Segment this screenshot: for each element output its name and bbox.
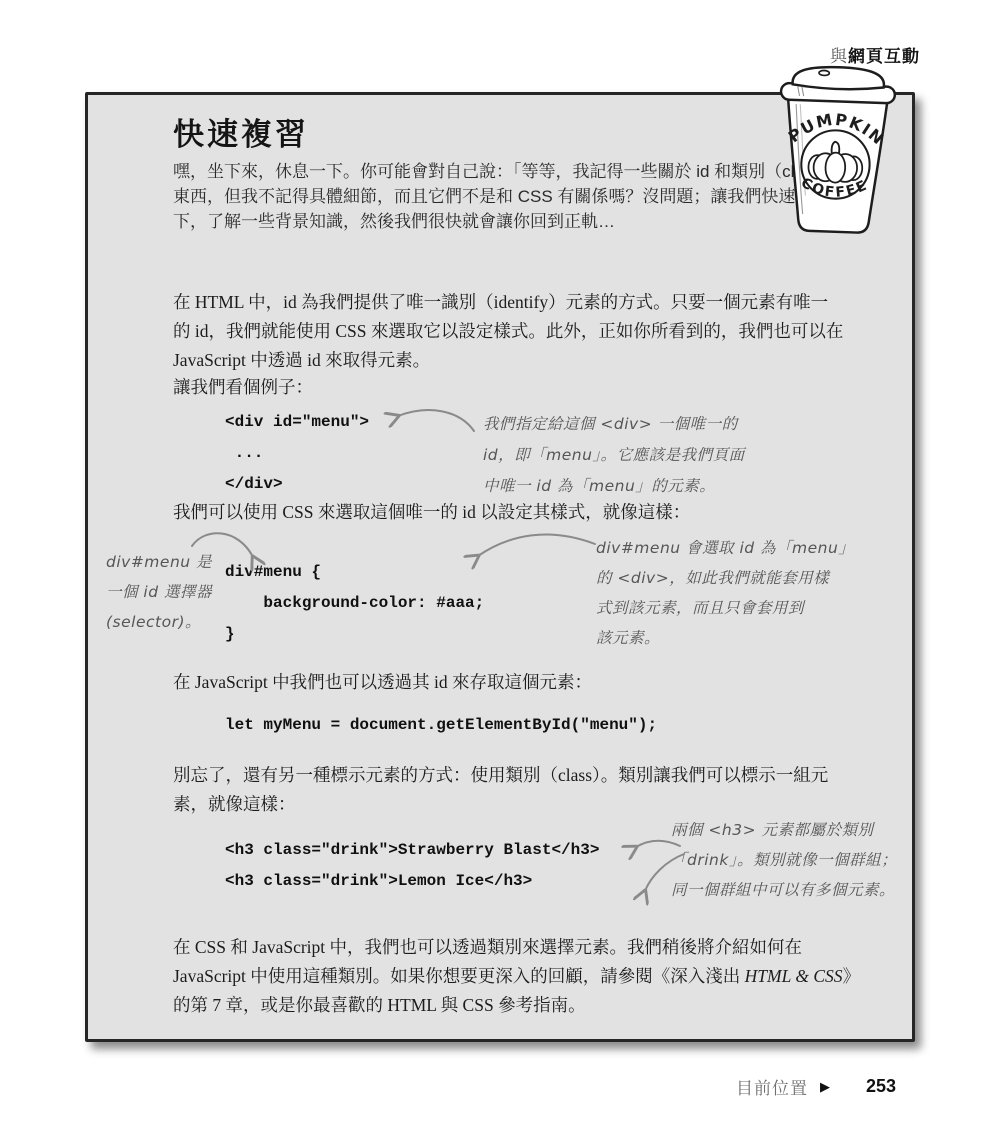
closing-book-title: HTML & CSS xyxy=(745,966,843,986)
code-block-js: let myMenu = document.getElementById("me… xyxy=(225,710,657,741)
code-line: <h3 class="drink">Strawberry Blast</h3> xyxy=(225,835,599,866)
annotation-line: div#menu 會選取 id 為「menu」 xyxy=(596,533,854,563)
js-lead-text: 在 JavaScript 中我們也可以透過其 id 來存取這個元素： xyxy=(173,668,845,697)
closing-paragraph: 在 CSS 和 JavaScript 中，我們也可以透過類別來選擇元素。我們稍後… xyxy=(173,933,858,1020)
annotation-line: 同一個群組中可以有多個元素。 xyxy=(671,875,897,905)
annotation-line: 「drink」。類別就像一個群組； xyxy=(671,845,897,875)
code-line: ... xyxy=(225,438,369,469)
arrow-to-css-code-right xyxy=(478,535,595,556)
code-line: let myMenu = document.getElementById("me… xyxy=(225,710,657,741)
code-block-html-div: <div id="menu"> ... </div> xyxy=(225,407,369,500)
annotation-line: 該元素。 xyxy=(596,623,854,653)
code-line: background-color: #aaa; xyxy=(225,588,484,619)
annotation-line: 一個 id 選擇器 xyxy=(106,577,212,607)
pumpkin-coffee-cup: PUMPKIN COFFEE xyxy=(765,58,907,241)
code-block-css: div#menu { background-color: #aaa; } xyxy=(225,557,484,650)
annotation-line: 兩個 <h3> 元素都屬於類別 xyxy=(671,815,897,845)
footer-page-number: 253 xyxy=(866,1076,896,1097)
annotation-line: 我們指定給這個 <div> 一個唯一的 xyxy=(483,409,745,440)
code-line: <div id="menu"> xyxy=(225,407,369,438)
cup-lid-dome xyxy=(792,66,884,91)
annotation-css-select: div#menu 會選取 id 為「menu」 的 <div>，如此我們就能套用… xyxy=(596,533,854,653)
annotation-line: div#menu 是 xyxy=(106,547,212,577)
annotation-unique-id: 我們指定給這個 <div> 一個唯一的 id，即「menu」。它應該是我們頁面 … xyxy=(483,409,745,502)
annotation-id-selector: div#menu 是 一個 id 選擇器 (selector)。 xyxy=(106,547,212,637)
annotation-line: 式到該元素，而且只會套用到 xyxy=(596,593,854,623)
code-line: div#menu { xyxy=(225,557,484,588)
section-title: 快速複習 xyxy=(173,109,309,154)
footer-arrow-icon: ▶ xyxy=(820,1079,830,1095)
cup-lid-hole xyxy=(819,70,830,75)
code-line: } xyxy=(225,619,484,650)
closing-text: 在 CSS 和 JavaScript 中，我們也可以透過類別來選擇元素。我們稍後… xyxy=(173,937,802,986)
footer-label: 目前位置 xyxy=(736,1074,808,1099)
annotation-class-group: 兩個 <h3> 元素都屬於類別 「drink」。類別就像一個群組； 同一個群組中… xyxy=(671,815,897,905)
class-paragraph: 別忘了，還有另一種標示元素的方式：使用類別（class）。類別讓我們可以標示一組… xyxy=(173,761,858,819)
annotation-line: (selector)。 xyxy=(106,607,212,637)
page-footer: 目前位置 ▶ 253 xyxy=(736,1074,896,1099)
code-block-h3: <h3 class="drink">Strawberry Blast</h3> … xyxy=(225,835,599,897)
example-lead-text: 讓我們看個例子： xyxy=(173,373,845,402)
annotation-line: id，即「menu」。它應該是我們頁面 xyxy=(483,440,745,471)
code-line: </div> xyxy=(225,469,369,500)
annotation-line: 的 <div>，如此我們就能套用樣 xyxy=(596,563,854,593)
code-line: <h3 class="drink">Lemon Ice</h3> xyxy=(225,866,599,897)
arrow-to-div-code xyxy=(398,410,474,431)
css-lead-text: 我們可以使用 CSS 來選取這個唯一的 id 以設定其樣式，就像這樣： xyxy=(173,498,845,527)
intro-paragraph: 嘿，坐下來，休息一下。你可能會對自己說：「等等，我記得一些關於 id 和類別（c… xyxy=(173,159,868,234)
id-paragraph: 在 HTML 中，id 為我們提供了唯一識別（identify）元素的方式。只要… xyxy=(173,288,845,375)
